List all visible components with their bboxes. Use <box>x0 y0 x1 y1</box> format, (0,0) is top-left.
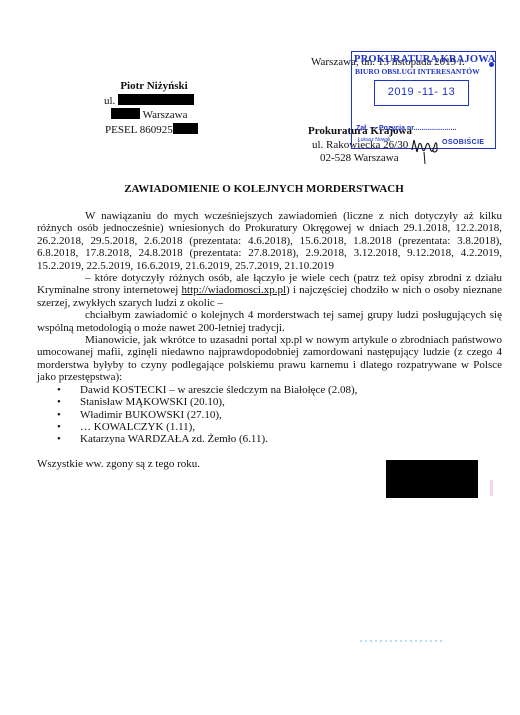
stamp-title: PROKURATURA KRAJOWA <box>354 54 496 65</box>
stamp-subtitle: BIURO OBSŁUGI INTERESANTÓW <box>355 67 480 76</box>
redacted-signature <box>386 460 478 498</box>
redacted-street-address <box>118 94 194 105</box>
scan-artifact-dots <box>360 640 445 642</box>
victim-entry: Dawid KOSTECKI – w areszcie śledczym na … <box>80 384 357 396</box>
paragraph-explanation: Mianowicie, jak wkrótce to uzasadni port… <box>37 334 502 384</box>
victim-entry: Katarzyna WARDZAŁA zd. Żemło (6.11). <box>80 433 268 445</box>
document-body: W nawiązaniu do mych wcześniejszych zawi… <box>37 210 502 470</box>
victim-entry: Władimir BUKOWSKI (27.10), <box>80 409 222 421</box>
victim-entry: … KOWALCZYK (1.11), <box>80 421 195 433</box>
bullet-icon: • <box>57 421 61 433</box>
redacted-postal-code <box>111 108 140 119</box>
sender-name: Piotr Niżyński <box>88 80 208 94</box>
document-title: ZAWIADOMIENIE O KOLEJNYCH MORDERSTWACH <box>0 183 520 195</box>
victim-entry: Stanisław MĄKOWSKI (20.10), <box>80 396 225 408</box>
sender-pesel: PESEL 860925 <box>88 123 208 138</box>
bullet-icon: • <box>57 384 61 396</box>
street-prefix: ul. <box>104 95 115 107</box>
source-link[interactable]: http://wiadomosci.xp.pl <box>182 284 287 296</box>
paragraph-previous-notices: W nawiązaniu do mych wcześniejszych zawi… <box>37 210 502 272</box>
stamp-personal-label: OSOBIŚCIE <box>442 139 485 146</box>
recipient-postal-city: 02-528 Warszawa <box>308 152 412 166</box>
list-item: •… KOWALCZYK (1.11), <box>37 421 502 433</box>
list-item: •Stanisław MĄKOWSKI (20.10), <box>37 396 502 408</box>
bullet-icon: • <box>57 409 61 421</box>
stamp-name-label: Łukasz Nowak <box>358 137 391 143</box>
sender-street: ul. <box>88 94 208 109</box>
sender-city-line: Warszawa <box>88 108 208 123</box>
paragraph-new-notice: chciałbym zawiadomić o kolejnych 4 morde… <box>37 309 502 334</box>
sender-block: Piotr Niżyński ul. Warszawa PESEL 860925 <box>88 80 208 137</box>
stamp-ink-dot <box>489 62 494 67</box>
list-item: •Dawid KOSTECKI – w areszcie śledczym na… <box>37 384 502 396</box>
victims-list: •Dawid KOSTECKI – w areszcie śledczym na… <box>37 384 502 446</box>
stamp-position-label: Zał. — Pozycja nr...................... <box>356 125 456 132</box>
list-item: •Władimir BUKOWSKI (27.10), <box>37 409 502 421</box>
sender-city: Warszawa <box>143 109 188 121</box>
bullet-icon: • <box>57 433 61 445</box>
pesel-label: PESEL 860925 <box>105 124 173 136</box>
stamp-date: 2019 -11- 13 <box>374 80 469 106</box>
list-item: •Katarzyna WARDZAŁA zd. Żemło (6.11). <box>37 433 502 445</box>
redacted-pesel-suffix <box>173 123 198 134</box>
paragraph-common-features: – które dotyczyły różnych osób, ale łącz… <box>37 272 502 309</box>
handwritten-initials-icon <box>410 130 440 165</box>
bullet-icon: • <box>57 396 61 408</box>
scan-artifact-mark <box>490 480 493 496</box>
